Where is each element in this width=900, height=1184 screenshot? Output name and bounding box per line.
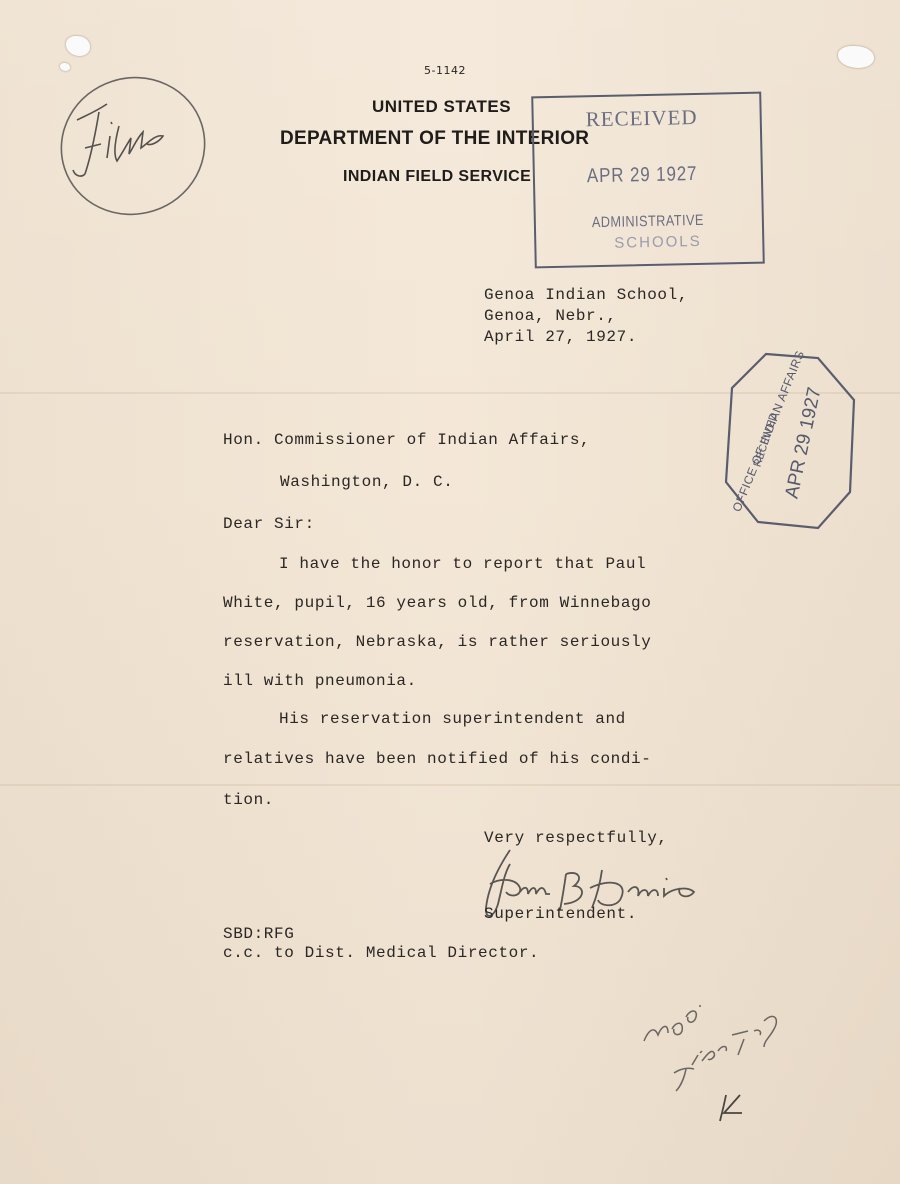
sender-city: Genoa, Nebr., <box>484 307 617 325</box>
body-line: White, pupil, 16 years old, from Winneba… <box>223 594 651 612</box>
body-line: His reservation superintendent and <box>279 710 626 728</box>
closing: Very respectfully, <box>484 829 668 847</box>
paper-fold-line <box>0 784 900 786</box>
body-line: tion. <box>223 791 274 809</box>
torn-hole <box>838 46 874 68</box>
files-handwritten-note <box>55 66 215 226</box>
torn-hole <box>66 36 90 56</box>
stamp-department: ADMINISTRATIVE <box>592 212 704 231</box>
letter-date: April 27, 1927. <box>484 328 637 346</box>
form-number: 5-1142 <box>424 64 466 77</box>
letterhead-country: UNITED STATES <box>372 97 511 117</box>
sender-school: Genoa Indian School, <box>484 286 688 304</box>
cc-line: c.c. to Dist. Medical Director. <box>223 944 539 962</box>
recipient-city: Washington, D. C. <box>280 473 453 491</box>
office-of-indian-affairs-stamp: OFFICE OF INDIAN AFFAIRS RECEIVED APR 29… <box>722 352 856 530</box>
body-line: ill with pneumonia. <box>223 672 417 690</box>
stamp-department-line2: SCHOOLS <box>614 233 702 252</box>
handwritten-file-note <box>640 995 810 1125</box>
letterhead-service: INDIAN FIELD SERVICE <box>343 168 531 186</box>
received-stamp: RECEIVED APR 29 1927 ADMINISTRATIVE SCHO… <box>531 92 765 269</box>
stamp-received-label: RECEIVED <box>585 105 697 132</box>
body-line: I have the honor to report that Paul <box>279 555 646 573</box>
signer-title: Superintendent. <box>484 905 637 923</box>
reference-initials: SBD:RFG <box>223 925 294 943</box>
stamp-date: APR 29 1927 <box>587 163 698 188</box>
recipient-title: Hon. Commissioner of Indian Affairs, <box>223 431 590 449</box>
body-line: relatives have been notified of his cond… <box>223 750 651 768</box>
body-line: reservation, Nebraska, is rather serious… <box>223 633 651 651</box>
salutation: Dear Sir: <box>223 515 315 533</box>
